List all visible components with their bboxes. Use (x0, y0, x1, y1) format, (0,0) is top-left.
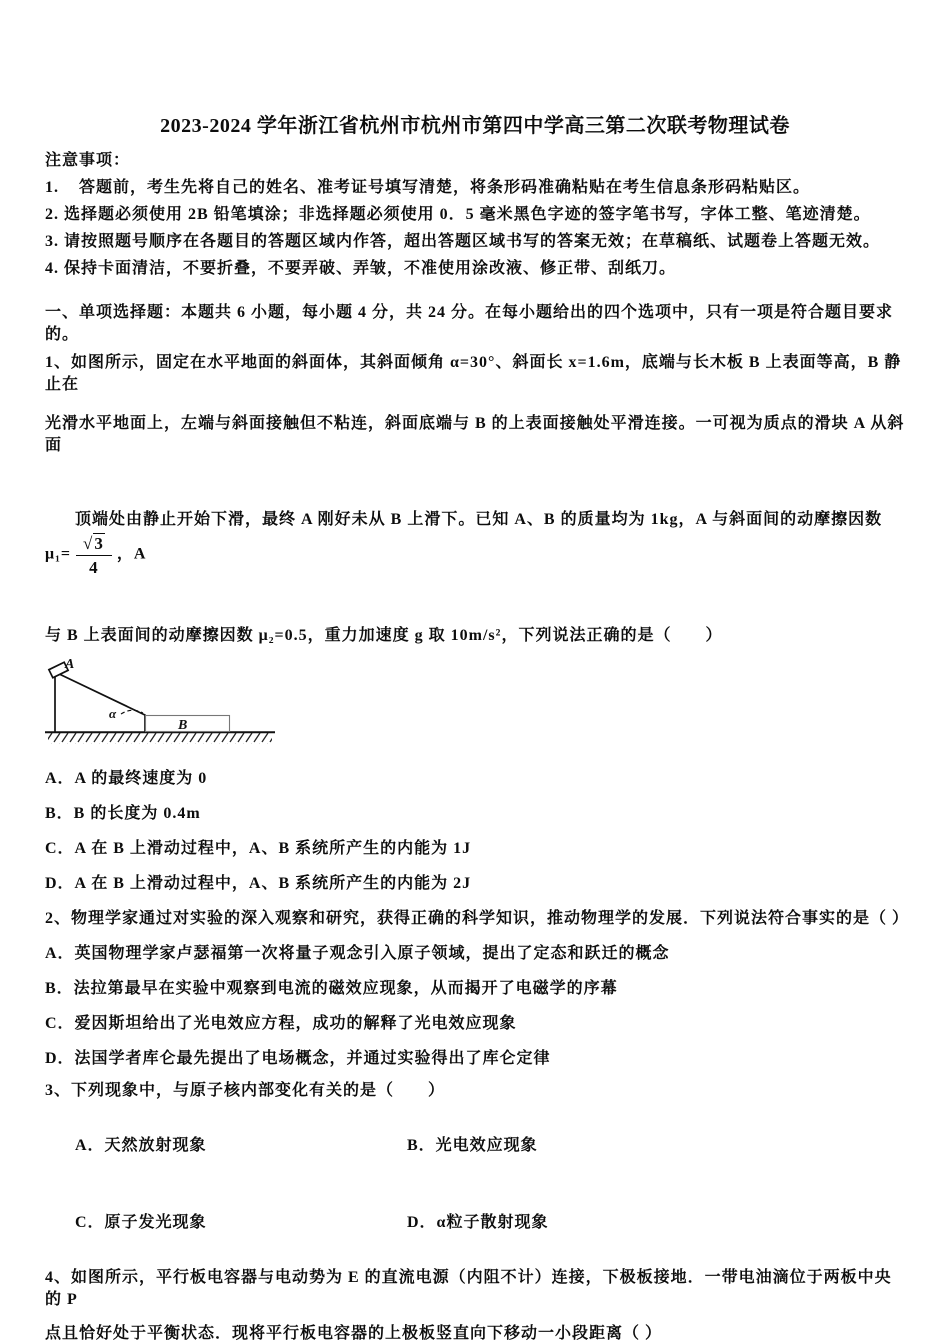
q2-option-c: C．爱因斯坦给出了光电效应方程，成功的解释了光电效应现象 (45, 1013, 905, 1035)
q3-options-row-2: C．原子发光现象D．α粒子散射现象 (45, 1190, 905, 1256)
fraction-numerator: √3 (76, 531, 112, 556)
mu1-fraction: √34 (76, 531, 112, 579)
q1-stem-line-3-tail: ，A (117, 545, 147, 562)
notice-item-3: 3. 请按照题号顺序在各题目的答题区域内作答，超出答题区域书写的答案无效；在草稿… (45, 231, 905, 253)
q1-option-b: B．B 的长度为 0.4m (45, 803, 905, 825)
incline-figure: A α B (45, 655, 275, 747)
q3-option-c: C．原子发光现象 (75, 1212, 407, 1234)
q1-figure-container: A α B (45, 655, 905, 747)
incline-shape (55, 672, 145, 732)
q1-stem-line-3: 顶端处由静止开始下滑，最终 A 刚好未从 B 上滑下。已知 A、B 的质量均为 … (45, 487, 905, 601)
notice-item-2: 2. 选择题必须使用 2B 铅笔填涂；非选择题必须使用 0．5 毫米黑色字迹的签… (45, 204, 905, 226)
q1-stem-line-2: 光滑水平地面上，左端与斜面接触但不粘连，斜面底端与 B 的上表面接触处平滑连接。… (45, 413, 905, 457)
q2-option-d: D．法国学者库仑最先提出了电场概念，并通过实验得出了库仑定律 (45, 1048, 905, 1070)
figure-label-a: A (64, 657, 74, 672)
exam-paper-page: 2023-2024 学年浙江省杭州市杭州市第四中学高三第二次联考物理试卷 注意事… (0, 0, 950, 1344)
q1-stem-line-3-text: 顶端处由静止开始下滑，最终 A 刚好未从 B 上滑下。已知 A、B 的质量均为 … (45, 511, 887, 562)
q2-option-b: B．法拉第最早在实验中观察到电流的磁效应现象，从而揭开了电磁学的序幕 (45, 978, 905, 1000)
page-title: 2023-2024 学年浙江省杭州市杭州市第四中学高三第二次联考物理试卷 (45, 113, 905, 139)
q3-option-d: D．α粒子散射现象 (407, 1214, 549, 1231)
page-content: 2023-2024 学年浙江省杭州市杭州市第四中学高三第二次联考物理试卷 注意事… (0, 0, 950, 1344)
q1-option-a: A．A 的最终速度为 0 (45, 768, 905, 790)
q1-option-c: C．A 在 B 上滑动过程中，A、B 系统所产生的内能为 1J (45, 838, 905, 860)
q3-stem: 3、下列现象中，与原子核内部变化有关的是（ ） (45, 1080, 905, 1102)
fraction-denominator: 4 (76, 556, 112, 578)
q2-stem: 2、物理学家通过对实验的深入观察和研究，获得正确的科学知识，推动物理学的发展．下… (45, 908, 905, 930)
q3-option-b: B．光电效应现象 (407, 1137, 538, 1154)
q3-option-a: A．天然放射现象 (75, 1135, 407, 1157)
q3-options-row-1: A．天然放射现象B．光电效应现象 (45, 1113, 905, 1179)
figure-label-alpha: α (109, 706, 117, 721)
radical-sign: √ (83, 534, 93, 553)
q1-option-d: D．A 在 B 上滑动过程中，A、B 系统所产生的内能为 2J (45, 873, 905, 895)
notice-item-4: 4. 保持卡面清洁，不要折叠，不要弄破、弄皱，不准使用涂改液、修正带、刮纸刀。 (45, 258, 905, 280)
board-b (146, 715, 230, 731)
q2-option-a: A．英国物理学家卢瑟福第一次将量子观念引入原子领域，提出了定态和跃迁的概念 (45, 943, 905, 965)
notice-item-1: 1. 答题前，考生先将自己的姓名、准考证号填写清楚，将条形码准确粘贴在考生信息条… (45, 177, 905, 199)
q4-stem-line-1: 4、如图所示，平行板电容器与电动势为 E 的直流电源（内阻不计）连接，下极板接地… (45, 1267, 905, 1311)
figure-label-b: B (177, 718, 187, 733)
q1-stem-line-1: 1、如图所示，固定在水平地面的斜面体，其斜面倾角 α=30°、斜面长 x=1.6… (45, 352, 905, 396)
q4-stem-line-2: 点且恰好处于平衡状态．现将平行板电容器的上极板竖直向下移动一小段距离（ ） (45, 1323, 905, 1344)
ground-hatching (48, 733, 272, 744)
q1-stem-line-4: 与 B 上表面间的动摩擦因数 μ₂=0.5，重力加速度 g 取 10m/s²，下… (45, 625, 905, 647)
notice-heading: 注意事项： (45, 150, 905, 172)
section-1-heading: 一、单项选择题：本题共 6 小题，每小题 4 分，共 24 分。在每小题给出的四… (45, 302, 905, 346)
fraction-radicand: 3 (93, 533, 105, 553)
